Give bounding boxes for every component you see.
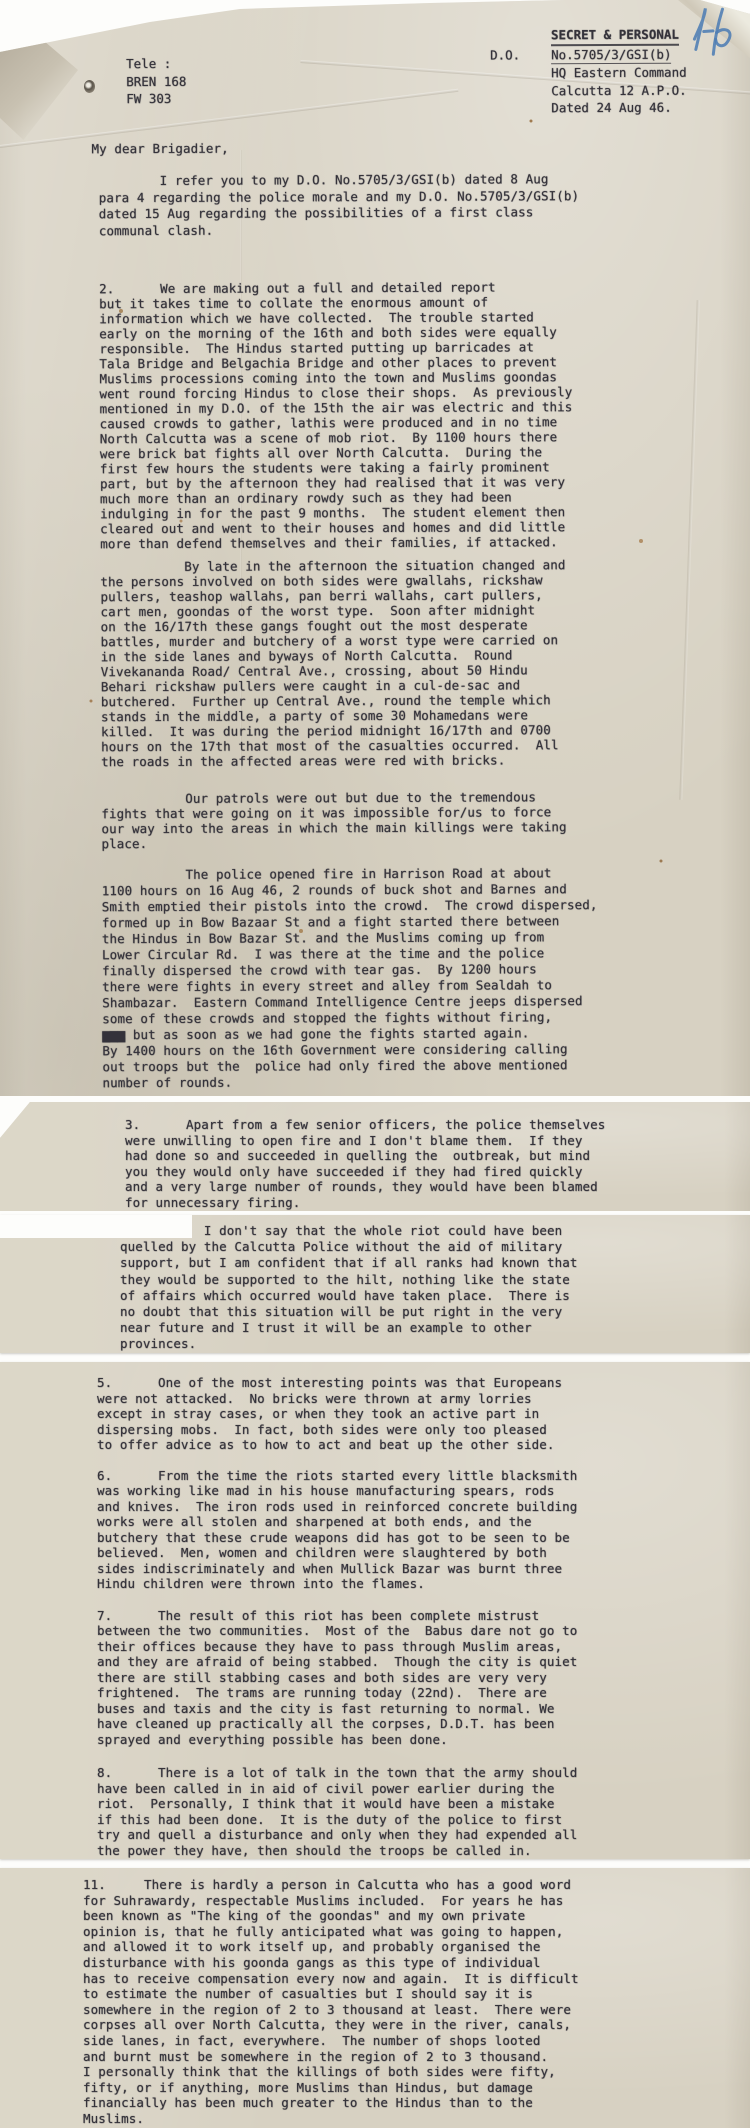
typed-paragraph: I refer you to my D.O. No.5705/3/GSI(b) … bbox=[99, 170, 749, 239]
reference-block: SECRET & PERSONAL No.5705/3/GSI(b) HQ Ea… bbox=[551, 26, 687, 117]
typed-paragraph: By late in the afternoon the situation c… bbox=[100, 556, 750, 769]
station-line: Calcutta 12 A.P.O. bbox=[551, 82, 687, 98]
typed-paragraph: The police opened fire in Harrison Road … bbox=[102, 864, 750, 1091]
page-fragment-5: 11. There is hardly a person in Calcutta… bbox=[0, 1868, 750, 2128]
page-fragment-2: 3. Apart from a few senior officers, the… bbox=[0, 1102, 750, 1211]
typed-paragraph: 8. There is a lot of talk in the town th… bbox=[97, 1765, 750, 1858]
typed-paragraph: 5. One of the most interesting points wa… bbox=[97, 1375, 750, 1453]
typed-paragraph: 6. From the time the riots started every… bbox=[97, 1468, 750, 1592]
letter-body: My dear Brigadier, I refer you to my D.O… bbox=[0, 138, 750, 1091]
paper-specks bbox=[0, 0, 2, 2]
typed-page-content: Tele : BREN 168 FW 303 D.O. SECRET & PER… bbox=[0, 0, 750, 1096]
page-fragment-1: Tele : BREN 168 FW 303 D.O. SECRET & PER… bbox=[0, 0, 750, 1096]
typed-paragraph: 3. Apart from a few senior officers, the… bbox=[125, 1117, 750, 1210]
page-fragment-3: I don't say that the whole riot could ha… bbox=[0, 1215, 750, 1353]
page-fragment-4: 5. One of the most interesting points wa… bbox=[0, 1362, 750, 1859]
scanned-letter-page: { "header": { "tele_block": "Tele :\nBRE… bbox=[0, 0, 750, 2128]
date-line: Dated 24 Aug 46. bbox=[551, 100, 671, 116]
letter-body: 5. One of the most interesting points wa… bbox=[0, 1375, 750, 1858]
reference-number: No.5705/3/GSI(b) bbox=[551, 45, 672, 64]
telephone-block: Tele : BREN 168 FW 303 bbox=[126, 55, 186, 108]
letter-body: I don't say that the whole riot could ha… bbox=[0, 1223, 750, 1353]
letter-body: 11. There is hardly a person in Calcutta… bbox=[0, 1877, 750, 2127]
typed-paragraph: 7. The result of this riot has been comp… bbox=[97, 1608, 750, 1748]
typed-paragraph: Our patrols were out but due to the trem… bbox=[101, 788, 750, 851]
cutout-notch bbox=[0, 1215, 192, 1238]
hq-line: HQ Eastern Command bbox=[551, 65, 687, 81]
letter-body: 3. Apart from a few senior officers, the… bbox=[0, 1117, 750, 1210]
typed-paragraph: I don't say that the whole riot could ha… bbox=[120, 1223, 750, 1353]
demi-official-label: D.O. bbox=[490, 46, 520, 64]
classification-stamp: SECRET & PERSONAL bbox=[551, 26, 679, 46]
typed-paragraph: 11. There is hardly a person in Calcutta… bbox=[83, 1877, 750, 2127]
typed-paragraph: 2. We are making out a full and detailed… bbox=[99, 278, 750, 551]
typed-paragraph: My dear Brigadier, bbox=[91, 138, 748, 156]
